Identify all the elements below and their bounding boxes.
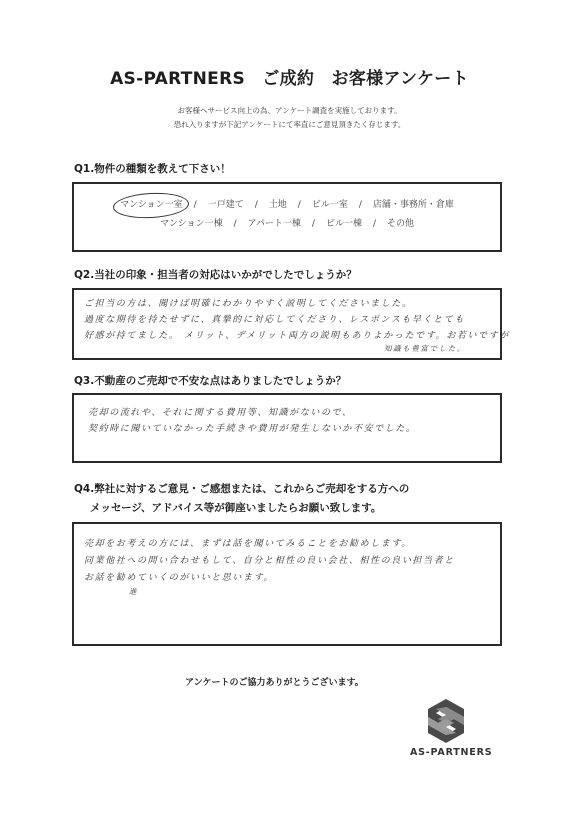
company-logo: AS-PARTNERS <box>410 697 490 767</box>
separator: / <box>373 215 376 234</box>
q1-heading: Q1.物件の種類を教えて下さい！ <box>74 160 231 179</box>
option-detached-house[interactable]: 一戸建て <box>206 196 246 215</box>
answer-line: 契約時に聞いていなかった手続きや費用が発生しないか不安でした。 <box>88 421 500 437</box>
option-store-office-warehouse[interactable]: 店舗・事務所・倉庫 <box>371 196 456 215</box>
option-other[interactable]: その他 <box>385 215 416 234</box>
q2-answer-box[interactable]: ご担当の方は、聞けば明確にわかりやすく説明してくださいました。 過度な期待を持た… <box>72 288 502 360</box>
option-mansion-room[interactable]: マンション一室 <box>118 196 185 215</box>
intro-text: お客様へサービス向上の為、アンケート調査を実施しております。 恐れ入りますが下記… <box>0 104 579 132</box>
q1-options: マンション一室/一戸建て/土地/ビル一室/店舗・事務所・倉庫 マンション一棟/ア… <box>74 184 500 234</box>
answer-correction: 進 <box>84 587 500 596</box>
separator: / <box>234 215 237 234</box>
answer-line: 好感が持てました。 メリット、デメリット両方の説明もありよかったです。お若いです… <box>84 328 500 344</box>
separator: / <box>255 196 258 215</box>
page-title: AS-PARTNERS ご成約 お客様アンケート <box>0 64 579 89</box>
option-apartment-building[interactable]: アパート一棟 <box>246 215 303 234</box>
separator: / <box>312 215 315 234</box>
option-land[interactable]: 土地 <box>267 196 289 215</box>
intro-line-2: 恐れ入りますが下記アンケートにて率直にご意見頂きたく存じます。 <box>0 118 579 132</box>
answer-line: 売却の流れや、それに関する費用等、知識がないので、 <box>88 405 500 421</box>
answer-line: 同業他社への問い合わせもして、自分と相性の良い会社、相性の良い担当者と <box>84 553 500 570</box>
option-whole-building[interactable]: ビル一棟 <box>324 215 364 234</box>
separator: / <box>298 196 301 215</box>
q4-heading-line-1: Q4.弊社に対するご意見・ご感想または、これからご売却をする方への <box>74 483 409 495</box>
answer-line: ご担当の方は、聞けば明確にわかりやすく説明してくださいました。 <box>84 296 500 312</box>
option-building-room[interactable]: ビル一室 <box>310 196 350 215</box>
q2-handwritten-answer: ご担当の方は、聞けば明確にわかりやすく説明してくださいました。 過度な期待を持た… <box>74 290 500 353</box>
option-mansion-building[interactable]: マンション一棟 <box>158 215 225 234</box>
intro-line-1: お客様へサービス向上の為、アンケート調査を実施しております。 <box>0 104 579 118</box>
q4-handwritten-answer: 売却をお考えの方には、まずは話を聞いてみることをお勧めします。 同業他社への問い… <box>74 524 500 596</box>
q3-handwritten-answer: 売却の流れや、それに関する費用等、知識がないので、 契約時に聞いていなかった手続… <box>74 395 500 437</box>
q1-options-row-1: マンション一室/一戸建て/土地/ビル一室/店舗・事務所・倉庫 <box>74 196 500 215</box>
q4-heading: Q4.弊社に対するご意見・ご感想または、これからご売却をする方への メッセージ、… <box>74 480 409 518</box>
q3-answer-box[interactable]: 売却の流れや、それに関する費用等、知識がないので、 契約時に聞いていなかった手続… <box>72 393 502 463</box>
q4-answer-box[interactable]: 売却をお考えの方には、まずは話を聞いてみることをお勧めします。 同業他社への問い… <box>72 522 502 646</box>
separator: / <box>359 196 362 215</box>
answer-line: 売却をお考えの方には、まずは話を聞いてみることをお勧めします。 <box>84 536 500 553</box>
answer-line: お話を勧めていくのがいいと思います。 <box>84 570 500 587</box>
answer-line: 過度な期待を持たせずに、真摯的に対応してくださり、レスポンスも早くとても <box>84 312 500 328</box>
answer-note: 知識も豊富でした。 <box>84 344 500 353</box>
separator: / <box>194 196 197 215</box>
thanks-message: アンケートのご協力ありがとうございます。 <box>185 675 364 688</box>
q1-answer-box: マンション一室/一戸建て/土地/ビル一室/店舗・事務所・倉庫 マンション一棟/ア… <box>72 182 502 252</box>
q2-heading: Q2.当社の印象・担当者の対応はいかがでしたでしょうか？ <box>74 266 357 285</box>
logo-text: AS-PARTNERS <box>410 747 500 758</box>
q3-heading: Q3.不動産のご売却で不安な点はありましたでしょうか？ <box>74 372 346 391</box>
logo-mark-icon <box>418 697 474 745</box>
q4-heading-line-2: メッセージ、アドバイス等が御座いましたらお願い致します。 <box>74 499 409 518</box>
